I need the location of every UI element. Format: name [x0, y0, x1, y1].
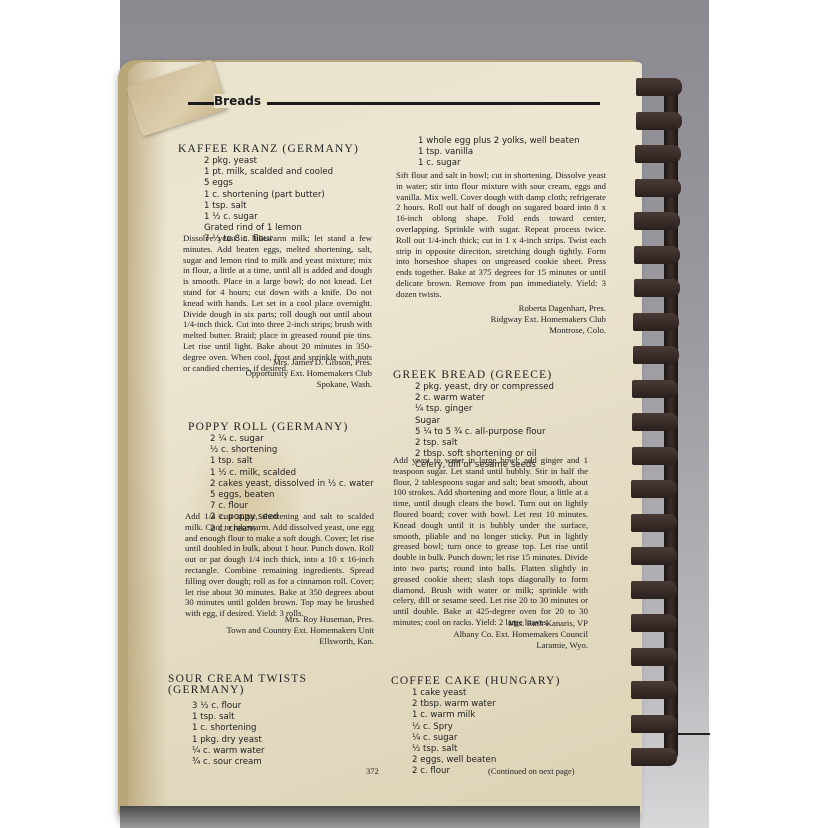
- ingredient-list-continued: 1 whole egg plus 2 yolks, well beaten 1 …: [418, 136, 580, 170]
- binding-ring: [631, 681, 677, 699]
- recipe-directions: Dissolve yeast in lukewarm milk; let sta…: [183, 233, 372, 373]
- recipe-directions: Add 1/4 cup sugar, shortening and salt t…: [185, 511, 374, 619]
- page-number: 372: [366, 766, 379, 776]
- recipe-title: GREEK BREAD (GREECE): [393, 369, 552, 381]
- recipe-signature: Mrs. James D. Gibson, Pres. Opportunity …: [183, 357, 372, 390]
- recipe-title: KAFFEE KRANZ (GERMANY): [178, 143, 359, 155]
- binding-ring: [634, 246, 680, 264]
- recipe-signature: Mrs. Roy Huseman, Pres. Town and Country…: [185, 614, 374, 647]
- ingredient-list: 3 ½ c. flour 1 tsp. salt 1 c. shortening…: [192, 701, 265, 768]
- binding-ring: [631, 480, 677, 498]
- binding-ring: [631, 547, 677, 565]
- recipe-signature: Roberta Dagenhart, Pres. Ridgway Ext. Ho…: [396, 303, 606, 336]
- binding-ring: [632, 447, 678, 465]
- binding-ring: [631, 748, 677, 766]
- binding-ring: [633, 346, 679, 364]
- section-header: Breads: [214, 94, 267, 108]
- table-shadow: [120, 806, 640, 828]
- recipe-title: SOUR CREAM TWISTS (GERMANY): [168, 674, 338, 696]
- binding-ring: [631, 581, 677, 599]
- binding-ring: [635, 145, 681, 163]
- binding-ring: [636, 78, 682, 96]
- binding-ring: [634, 212, 680, 230]
- binding-ring: [632, 380, 678, 398]
- binding-ring: [632, 413, 678, 431]
- binding-ring: [636, 112, 682, 130]
- binding-ring: [631, 715, 677, 733]
- recipe-title: POPPY ROLL (GERMANY): [188, 421, 349, 433]
- binding-ring: [633, 313, 679, 331]
- recipe-title: COFFEE CAKE (HUNGARY): [391, 675, 561, 687]
- photo-stage: Breads KAFFEE KRANZ (GERMANY) 2 pkg. yea…: [0, 0, 828, 828]
- recipe-directions: Sift flour and salt in bowl; cut in shor…: [396, 170, 606, 300]
- recipe-directions: Add yeast to water in large bowl; add gi…: [393, 455, 588, 628]
- binding-ring: [631, 614, 677, 632]
- continued-note: (Continued on next page): [488, 766, 575, 776]
- recipe-signature: Mrs. Ruth Kanaris, VP Albany Co. Ext. Ho…: [393, 618, 588, 651]
- binding-ring: [635, 179, 681, 197]
- binding-ring: [631, 648, 677, 666]
- binding-ring: [634, 279, 680, 297]
- shelf-edge: [676, 733, 710, 735]
- ingredient-list: 1 cake yeast 2 tbsp. warm water 1 c. war…: [412, 688, 496, 778]
- binding-ring: [631, 514, 677, 532]
